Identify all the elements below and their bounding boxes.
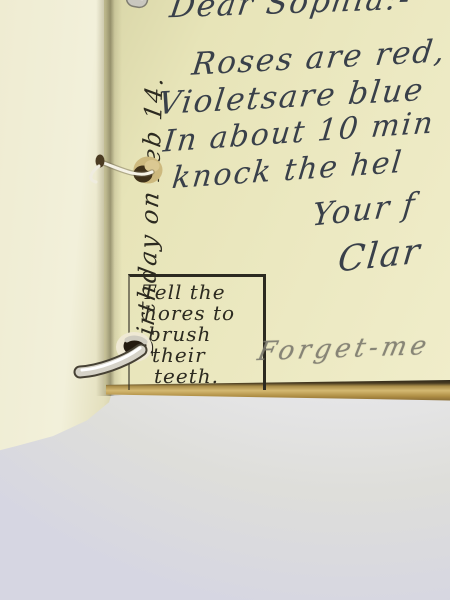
boxed-note-line: Tell the <box>142 282 263 303</box>
left-page <box>0 0 118 452</box>
boxed-note: Tell the hores to brush their teeth. <box>128 274 266 390</box>
boxed-note-line: their <box>152 345 263 366</box>
boxed-note-line: brush <box>148 324 263 345</box>
pencil-note: Forget-me <box>255 331 433 367</box>
boxed-note-line: teeth. <box>154 366 263 387</box>
notebook-photo: Dear Sophia:- Roses are red, Violetsare … <box>0 0 450 600</box>
boxed-note-line: hores to <box>144 303 263 324</box>
